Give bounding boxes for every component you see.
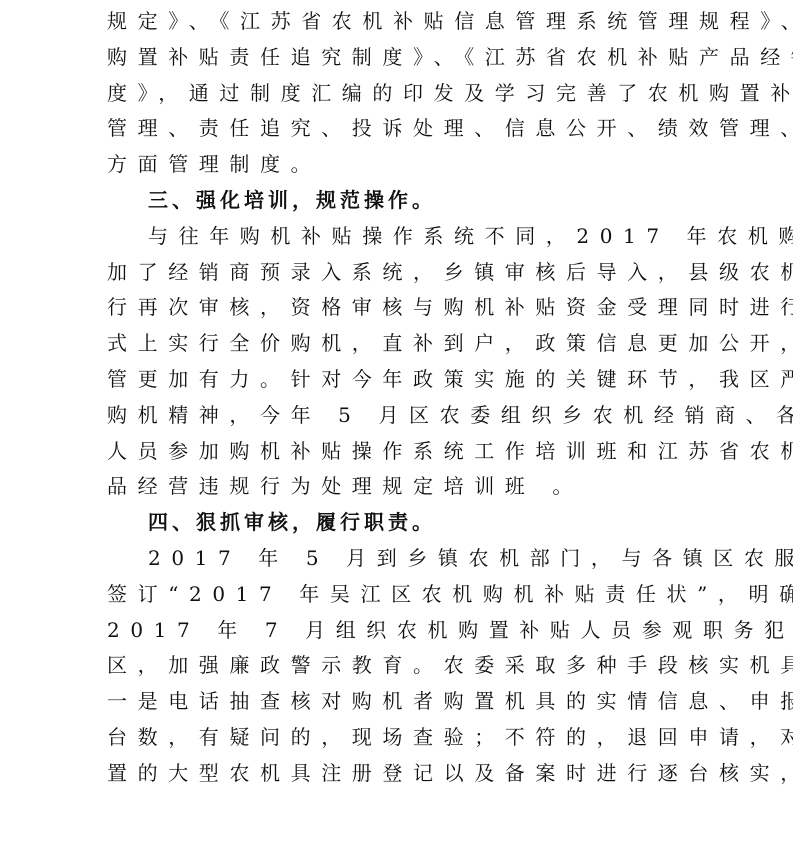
text-line: 方面管理制度。 xyxy=(107,147,693,183)
text-line: 区，加强廉政警示教育。农委采取多种手段核实机具在位情况： xyxy=(107,648,693,684)
text-line: 人员参加购机补贴操作系统工作培训班和江苏省农机购置补贴产 xyxy=(107,434,693,470)
text-line: 置的大型农机具注册登记以及备案时进行逐台核实，如需安装确 xyxy=(107,756,693,792)
text-line: 规定》、《江苏省农机补贴信息管理系统管理规程》、《江苏省农机 xyxy=(107,4,693,40)
text-line: 2017 年 7 月组织农机购置补贴人员参观职务犯罪警示教育基地 xyxy=(107,613,693,649)
text-line: 与往年购机补贴操作系统不同，2017 年农机购置补贴系统增 xyxy=(107,219,693,255)
section-heading-3: 三、强化培训，规范操作。 xyxy=(107,183,693,219)
section-heading-4: 四、狠抓审核，履行职责。 xyxy=(107,505,693,541)
text-line: 行再次审核，资格审核与购机补贴资金受理同时进行。在补贴方 xyxy=(107,290,693,326)
text-line: 购机精神，今年 5 月区农委组织乡农机经销商、各镇区农机部门 xyxy=(107,398,693,434)
text-line: 式上实行全价购机，直补到户，政策信息更加公开，政策实施监 xyxy=(107,326,693,362)
document-page: 规定》、《江苏省农机补贴信息管理系统管理规程》、《江苏省农机 购置补贴责任追究制… xyxy=(107,4,693,792)
text-line: 品经营违规行为处理规定培训班 。 xyxy=(107,469,693,505)
paragraph-review: 2017 年 5 月到乡镇农机部门，与各镇区农服中心负责人层层 签订“2017 … xyxy=(107,541,693,792)
text-line: 签订“2017 年吴江区农机购机补贴责任状”，明确落实购机责任， xyxy=(107,577,693,613)
text-line: 购置补贴责任追究制度》、《江苏省农机补贴产品经销商管理制 xyxy=(107,40,693,76)
text-line: 一是电话抽查核对购机者购置机具的实情信息、申报数量与实际 xyxy=(107,684,693,720)
text-line: 台数，有疑问的，现场查验；不符的，退回申请，对当年度新购 xyxy=(107,720,693,756)
text-line: 度》，通过制度汇编的印发及学习完善了农机购置补贴工作、资金 xyxy=(107,76,693,112)
paragraph-training: 与往年购机补贴操作系统不同，2017 年农机购置补贴系统增 加了经销商预录入系统… xyxy=(107,219,693,505)
paragraph-regulations-continuation: 规定》、《江苏省农机补贴信息管理系统管理规程》、《江苏省农机 购置补贴责任追究制… xyxy=(107,4,693,183)
text-line: 管更加有力。针对今年政策实施的关键环节，我区严格贯彻省局 xyxy=(107,362,693,398)
text-line: 2017 年 5 月到乡镇农机部门，与各镇区农服中心负责人层层 xyxy=(107,541,693,577)
text-line: 加了经销商预录入系统，乡镇审核后导入，县级农机主管部门进 xyxy=(107,255,693,291)
text-line: 管理、责任追究、投诉处理、信息公开、绩效管理、补贴系统等 xyxy=(107,111,693,147)
